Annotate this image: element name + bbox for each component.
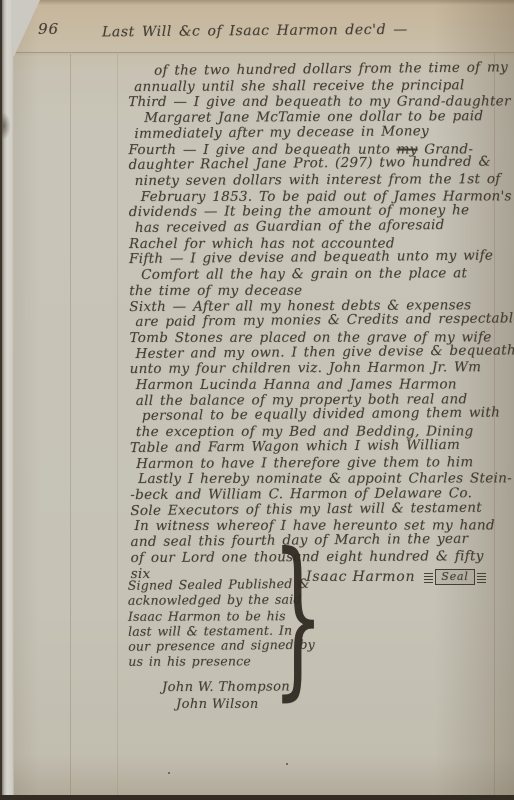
manuscript-line: February 1853. To be paid out of James H… bbox=[129, 189, 501, 205]
ink-speck bbox=[286, 763, 288, 765]
manuscript-line: the time of my decease bbox=[129, 283, 501, 299]
manuscript-line: personal to be equally divided among the… bbox=[130, 406, 502, 425]
photo-backdrop: 96 Last Will &c of Isaac Harmon dec'd — … bbox=[0, 0, 514, 800]
manuscript-line: ninety seven dollars with interest from … bbox=[129, 172, 501, 190]
manuscript-line: has received as Guardian of the aforesai… bbox=[129, 217, 501, 236]
testator-signature-name: Isaac Harmon bbox=[306, 569, 415, 585]
book-bottom-edge bbox=[0, 795, 514, 800]
manuscript-line: immediately after my decease in Money bbox=[128, 123, 500, 142]
seal-hatch-icon bbox=[477, 571, 486, 583]
margin-rule-inner bbox=[117, 54, 118, 795]
will-body: of the two hundred dollars from the time… bbox=[128, 62, 503, 582]
witness-signatures: John W. ThompsonJohn Wilson bbox=[162, 680, 290, 713]
margin-rule-left bbox=[70, 54, 71, 795]
page-title: Last Will &c of Isaac Harmon dec'd — bbox=[102, 22, 408, 41]
page-number: 96 bbox=[38, 20, 59, 38]
edge-smudge bbox=[0, 108, 14, 144]
seal-mark: Seal bbox=[424, 569, 485, 585]
manuscript-line: John W. Thompson bbox=[162, 679, 290, 696]
manuscript-line: are paid from my monies & Credits and re… bbox=[129, 312, 501, 331]
seal-label: Seal bbox=[435, 569, 474, 585]
manuscript-line: Comfort all the hay & grain on the place… bbox=[129, 266, 501, 284]
seal-hatch-icon bbox=[424, 571, 433, 583]
manuscript-line: Third — I give and bequeath to my Grand-… bbox=[128, 95, 500, 111]
ink-speck bbox=[168, 772, 170, 774]
testator-signature: Isaac HarmonSeal bbox=[306, 569, 486, 585]
manuscript-line: John Wilson bbox=[162, 697, 290, 714]
ledger-page: 96 Last Will &c of Isaac Harmon dec'd — … bbox=[14, 0, 514, 795]
attestation-brace: } bbox=[272, 546, 324, 687]
manuscript-line: Harmon Lucinda Hanna and James Harmon bbox=[130, 377, 502, 393]
manuscript-line: Hester and my own. I then give devise & … bbox=[129, 343, 501, 362]
manuscript-line: unto my four children viz. John Harmon J… bbox=[130, 360, 502, 378]
manuscript-line: Lastly I hereby nominate & appoint Charl… bbox=[130, 472, 502, 488]
header-rule bbox=[14, 52, 514, 53]
